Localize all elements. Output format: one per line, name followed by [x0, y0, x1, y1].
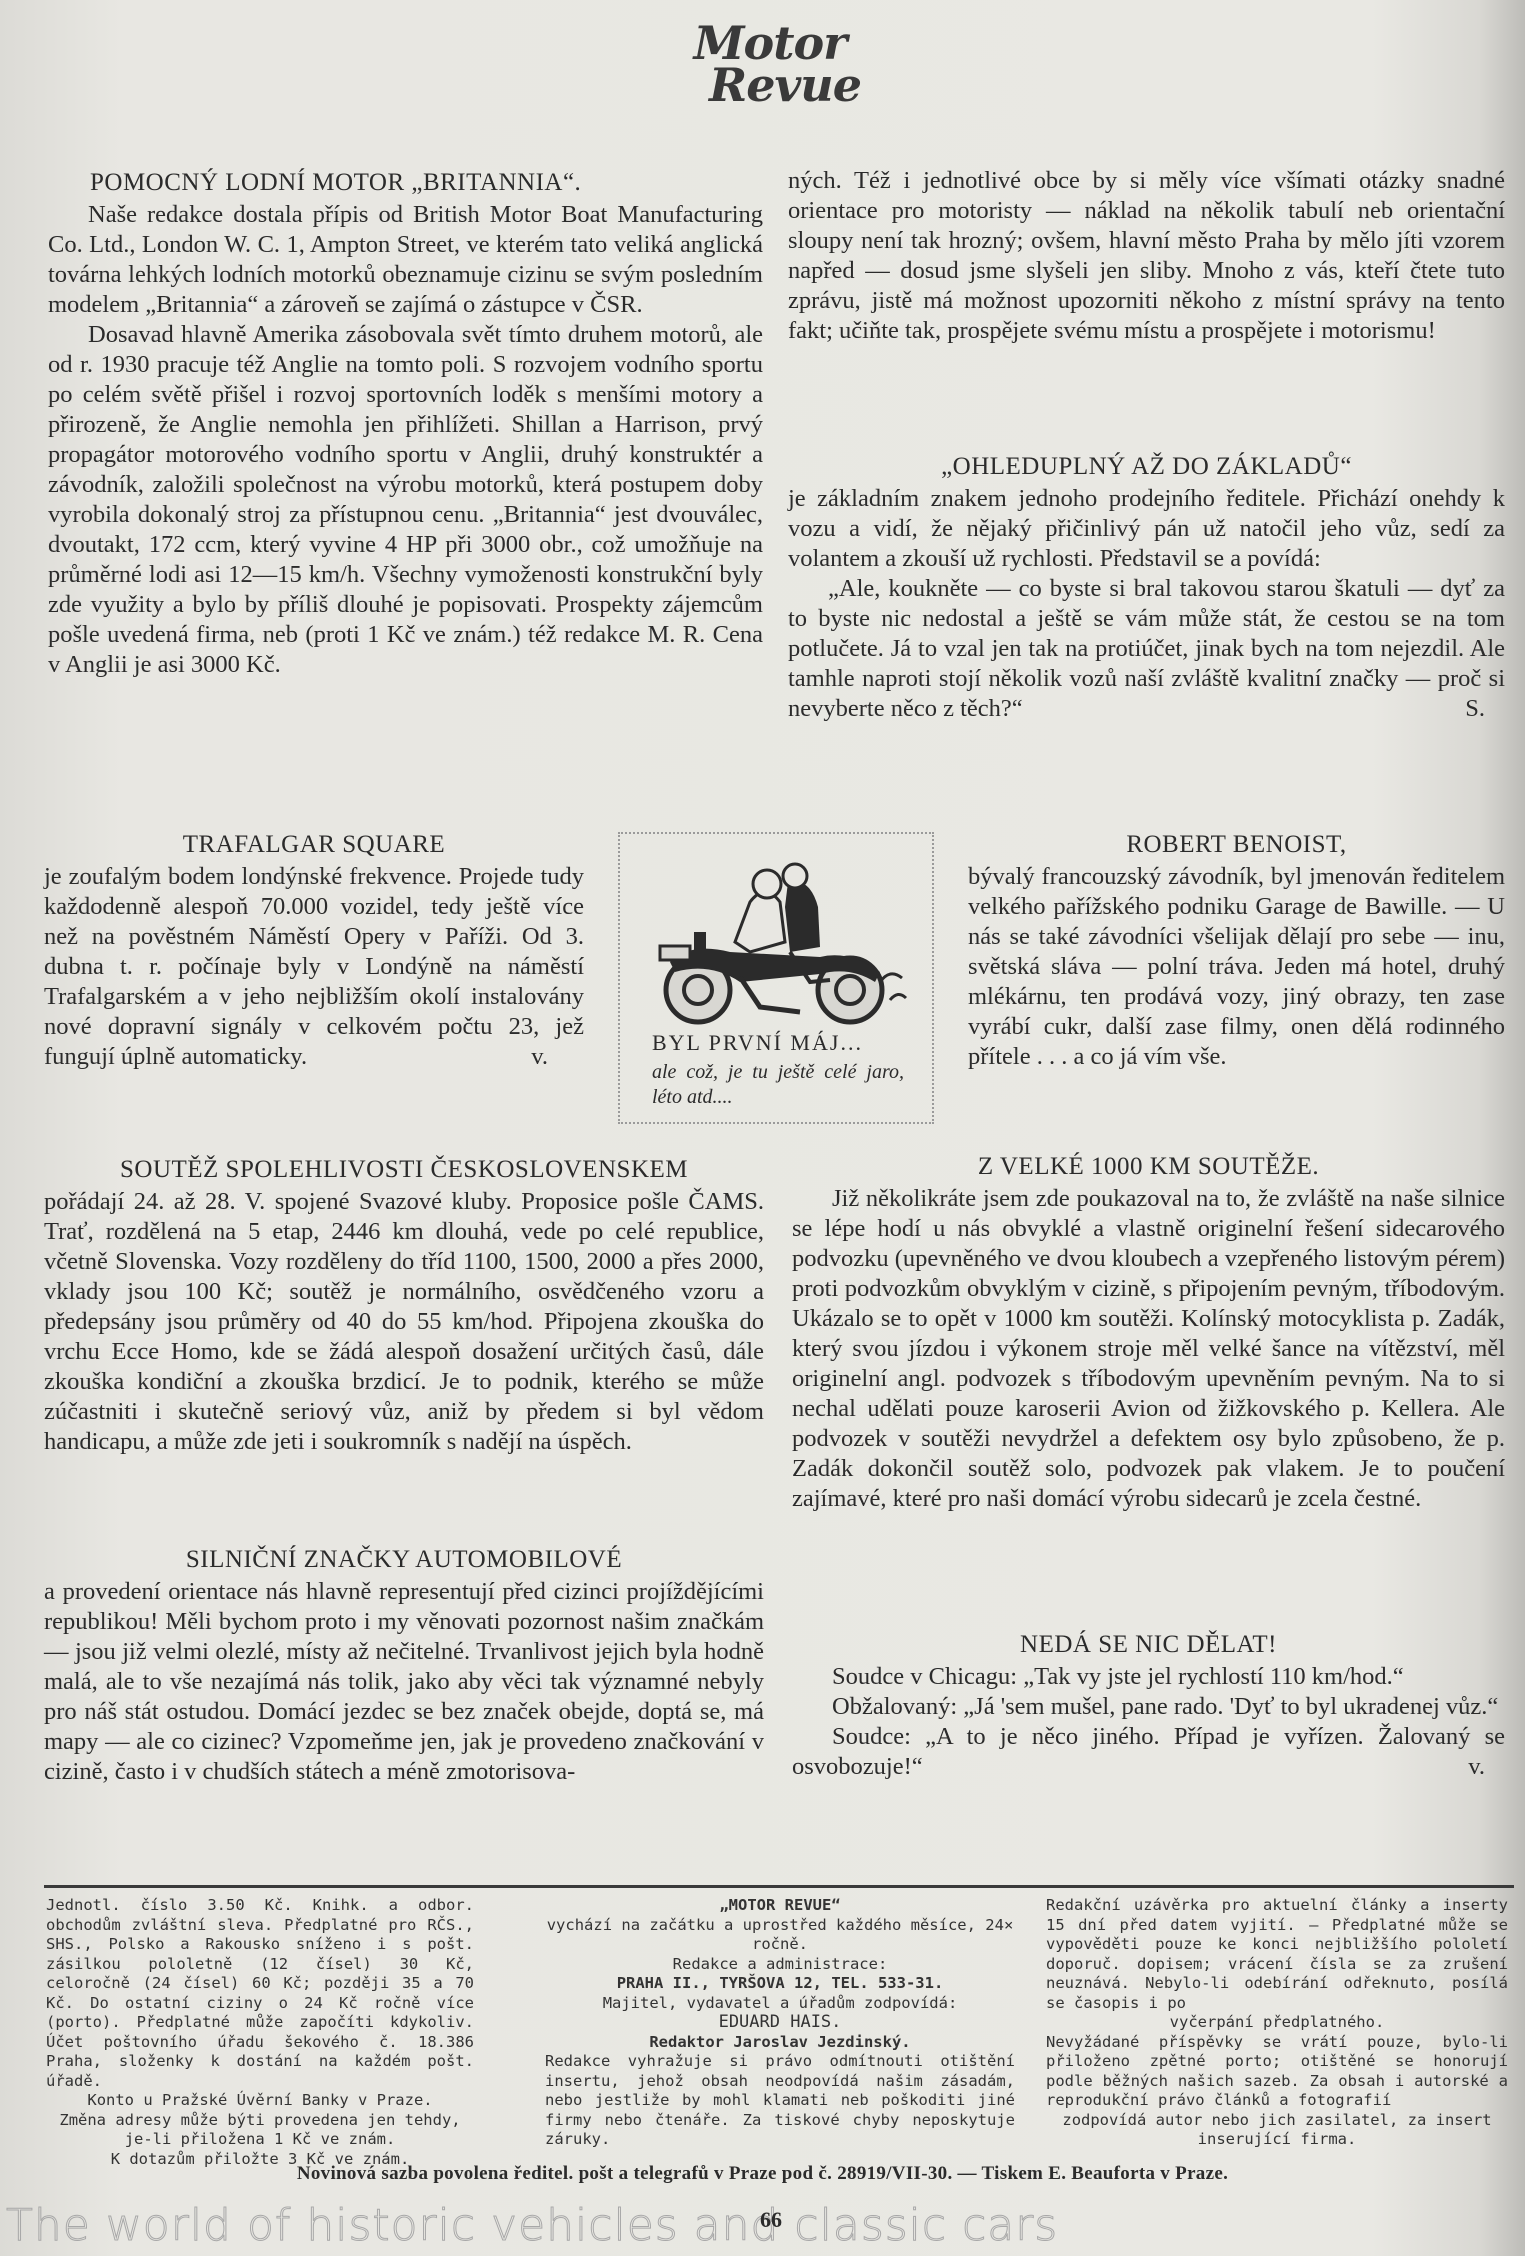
article-title: ROBERT BENOIST,	[968, 830, 1505, 860]
article-paragraph: Soudce v Chicagu: „Tak vy jste jel rychl…	[792, 1662, 1505, 1692]
editor-name: Redaktor Jaroslav Jezdinský.	[545, 2033, 1015, 2053]
signature: v.	[531, 1042, 548, 1072]
article-title: SOUTĚŽ SPOLEHLIVOSTI ČESKOSLOVENSKEM	[44, 1155, 764, 1185]
article-paragraph: ných. Též i jednotlivé obce by si měly v…	[788, 166, 1505, 346]
masthead-logo: Motor Revue	[640, 22, 900, 106]
article-paragraph: Dosavad hlavně Amerika zásobovala svět t…	[48, 320, 763, 680]
article-benoist: ROBERT BENOIST, bývalý francouzský závod…	[968, 830, 1505, 1072]
article-paragraph: je zoufalým bodem londýnské frekvence. P…	[44, 862, 584, 1072]
footer-divider	[44, 1885, 1514, 1888]
cartoon-box: BYL PRVNÍ MÁJ... ale což, je tu ještě ce…	[618, 832, 934, 1124]
article-britannia: POMOCNÝ LODNÍ MOTOR „BRITANNIA“. Naše re…	[48, 168, 763, 680]
footer-subscription-info: Jednotl. číslo 3.50 Kč. Knihk. a odbor. …	[46, 1896, 474, 2169]
article-soutez: SOUTĚŽ SPOLEHLIVOSTI ČESKOSLOVENSKEM poř…	[44, 1155, 764, 1457]
article-title: NEDÁ SE NIC DĚLAT!	[792, 1630, 1505, 1660]
article-paragraph: bývalý francouzský závodník, byl jmenová…	[968, 862, 1505, 1072]
article-title: POMOCNÝ LODNÍ MOTOR „BRITANNIA“.	[48, 168, 763, 198]
article-znacky: SILNIČNÍ ZNAČKY AUTOMOBILOVÉ a provedení…	[44, 1545, 764, 1787]
footer-editorial-policy: Redakční uzávěrka pro aktuelní články a …	[1046, 1896, 1508, 2150]
publisher-address: PRAHA II., TYRŠOVA 12, TEL. 533-31.	[545, 1974, 1015, 1994]
magazine-page: Motor Revue POMOCNÝ LODNÍ MOTOR „BRITANN…	[0, 0, 1525, 2256]
article-paragraph: Již několikráte jsem zde poukazoval na t…	[792, 1184, 1505, 1514]
article-roads-continued: ných. Též i jednotlivé obce by si měly v…	[788, 166, 1505, 346]
publication-name: „MOTOR REVUE“	[545, 1896, 1015, 1916]
footer-text: Redakce vyhražuje si právo odmítnouti ot…	[545, 2052, 1015, 2150]
article-paragraph: Obžalovaný: „Já 'sem mušel, pane rado. '…	[792, 1692, 1505, 1722]
footer-text: Jednotl. číslo 3.50 Kč. Knihk. a odbor. …	[46, 1896, 474, 2091]
signature: S.	[1465, 694, 1485, 724]
article-paragraph: pořádají 24. až 28. V. spojené Svazové k…	[44, 1187, 764, 1457]
print-permit-line: Novinová sazba povolena ředitel. pošt a …	[0, 2163, 1525, 2185]
article-paragraph: a provedení orientace nás hlavně represe…	[44, 1577, 764, 1787]
cartoon-caption-title: BYL PRVNÍ MÁJ...	[652, 1030, 863, 1056]
watermark-text: The world of historic vehicles and class…	[6, 2200, 1058, 2251]
article-title: „OHLEDUPLNÝ AŽ DO ZÁKLADŮ“	[788, 452, 1505, 482]
masthead-line2: Revue	[670, 64, 900, 106]
motorcycle-couple-illustration	[650, 862, 910, 1027]
article-velka-1000: Z VELKÉ 1000 KM SOUTĚŽE. Již několikráte…	[792, 1152, 1505, 1514]
article-neda-se: NEDÁ SE NIC DĚLAT! Soudce v Chicagu: „Ta…	[792, 1630, 1505, 1782]
footer-text: Konto u Pražské Úvěrní Banky v Praze.	[46, 2091, 474, 2111]
footer-text: Redakční uzávěrka pro aktuelní články a …	[1046, 1896, 1508, 2013]
article-trafalgar: TRAFALGAR SQUARE je zoufalým bodem londý…	[44, 830, 584, 1072]
article-paragraph: Naše redakce dostala přípis od British M…	[48, 200, 763, 320]
cartoon-caption-text: ale což, je tu ještě celé jaro, léto atd…	[652, 1060, 904, 1110]
signature: v.	[1468, 1752, 1485, 1782]
article-title: SILNIČNÍ ZNAČKY AUTOMOBILOVÉ	[44, 1545, 764, 1575]
footer-publisher-info: „MOTOR REVUE“ vychází na začátku a upros…	[545, 1896, 1015, 2150]
footer-text: Nevyžádané příspěvky se vrátí pouze, byl…	[1046, 2033, 1508, 2111]
footer-text: Redakce a administrace:	[545, 1955, 1015, 1975]
footer-text: vyčerpání předplatného.	[1046, 2013, 1508, 2033]
article-ohleduplny: „OHLEDUPLNÝ AŽ DO ZÁKLADŮ“ je základním …	[788, 452, 1505, 724]
publisher-owner: EDUARD HAIS.	[545, 2013, 1015, 2033]
footer-text: Majitel, vydavatel a úřadům zodpovídá:	[545, 1994, 1015, 2014]
footer-text: vychází na začátku a uprostřed každého m…	[545, 1916, 1015, 1955]
article-paragraph: je základním znakem jednoho prodejního ř…	[788, 484, 1505, 574]
footer-text: Změna adresy může býti provedena jen teh…	[46, 2111, 474, 2150]
footer-text: zodpovídá autor nebo jich zasilatel, za …	[1046, 2111, 1508, 2150]
article-title: TRAFALGAR SQUARE	[44, 830, 584, 860]
article-title: Z VELKÉ 1000 KM SOUTĚŽE.	[792, 1152, 1505, 1182]
page-number: 66	[760, 2207, 782, 2233]
